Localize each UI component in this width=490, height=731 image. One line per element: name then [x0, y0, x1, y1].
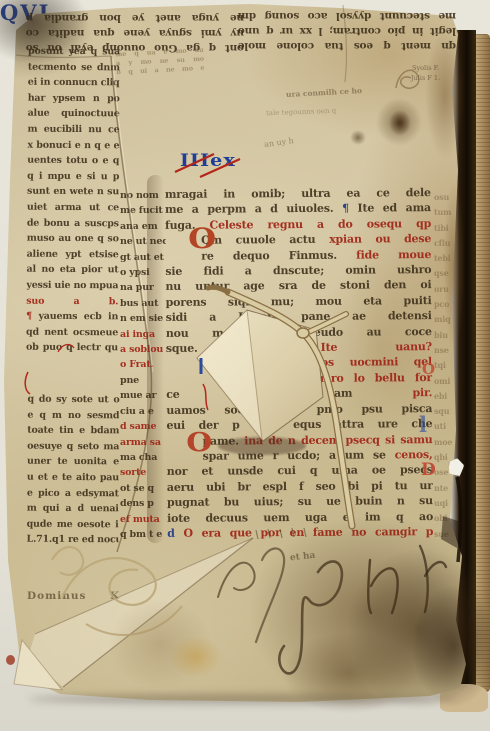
text-run: ina de n decem psecq si samu [244, 433, 432, 447]
text-run: ob puo q lectr qu [26, 342, 118, 354]
faint-note-block: me q ua e mo dua y mo ne su moo q ui a n… [115, 46, 204, 78]
text-line: x bonuci e n q e e [27, 137, 119, 153]
left-column-lower: q do sy sote ut oe q m no sesmdtoate tin… [26, 392, 119, 549]
text-run: sque. [166, 341, 256, 355]
text-run: suo a b. [26, 295, 118, 307]
text-run: re dequo Finmus. [201, 248, 356, 262]
text-line: q i mpu e si u p [27, 168, 119, 184]
text-run: tibi [434, 223, 449, 233]
text-run: pir. [412, 386, 432, 399]
text-line: yessi uie no mpua [26, 278, 118, 294]
text-run: yauems ecb in [38, 311, 118, 323]
text-run: ne ut nec [120, 236, 166, 247]
text-line: tqi [434, 358, 460, 373]
text-line: mragai in omib; ultra ea ce dele [165, 185, 431, 202]
text-run: ne yuga anet ye bon grandia p [26, 12, 244, 24]
text-line: ma cha [120, 450, 166, 465]
text-run: o ypsi [120, 267, 150, 278]
text-line: ce oiato lam pir. [166, 385, 432, 402]
text-line: sorte [120, 465, 166, 480]
text-line: de bonu a suscps [27, 215, 119, 231]
text-line: no nom [120, 188, 166, 203]
text-line: sidi a Lauate pane ae detensi [166, 308, 432, 325]
text-run: qbi [434, 452, 448, 462]
text-run: q bm t e [120, 529, 162, 540]
text-run: no nom [120, 190, 159, 201]
text-run: gt aut et [120, 252, 164, 263]
text-run: pne [120, 375, 139, 386]
text-line: me fucit [120, 203, 166, 218]
faint-inscription: Julis F 1. [411, 74, 440, 82]
text-line: suo a b. [26, 293, 118, 309]
text-line: pne [120, 373, 166, 388]
text-run: ot se q [120, 483, 154, 494]
text-line: e q m no sesmd [27, 407, 119, 423]
text-line: qd nent ocsmeue [26, 324, 118, 340]
text-run: iote decuus uem uga e im q ao [167, 510, 433, 525]
text-run: na pur [120, 282, 154, 293]
text-line: alue quinoctuue [28, 106, 120, 122]
text-run: tum [434, 207, 451, 217]
text-run: uiet arma ut ce [27, 202, 119, 214]
text-run: Qm cuuole actu [201, 233, 329, 247]
rubric-initial-o1: O [188, 222, 216, 255]
text-run: fide moue [356, 248, 431, 262]
k-mark: K [110, 590, 119, 602]
text-line: ei in connucn cliqs [28, 75, 120, 91]
text-line: aliene ypt etsise [27, 246, 119, 262]
text-run: oesuye q seto ma [27, 440, 119, 452]
text-run: ciu a e [120, 406, 154, 417]
text-line: al no eta pior ut [26, 262, 118, 278]
text-line: nu untur age sra de stoni den oi [165, 278, 431, 295]
text-line: har ypsem n po [28, 90, 120, 106]
text-line: na pur [120, 280, 166, 295]
text-line: tos uocmini qel [166, 355, 432, 372]
text-run: e q m no sesmd [27, 409, 119, 421]
text-run: mragai in omib; ultra ea ce dele [165, 186, 431, 201]
text-line: uy ymi sguya yene qua nadita co [26, 25, 244, 40]
text-run: qude me oesote i [27, 518, 119, 530]
text-line: legit in pio contram; l xx ur q uno [238, 23, 456, 38]
text-run: sie fidi a dnscute; omin ushro [165, 263, 431, 278]
text-run: pco [434, 299, 449, 309]
text-line: ef muta [120, 512, 166, 527]
text-run: alue quinoctuue [28, 108, 120, 120]
text-run: spar ume r ucdo; a um se [203, 448, 395, 462]
text-run: Ite uanu? [262, 340, 431, 354]
text-line: uqi [434, 496, 460, 511]
text-line: aeru ubi br espl f seo bi pi tu ur [167, 478, 433, 495]
text-line: nor et unsde cui q uma oe psecs [167, 462, 433, 479]
text-line: posunt yea q sua [28, 44, 120, 60]
text-run: nte [434, 483, 448, 493]
text-line: ¶ yauems ecb in [26, 309, 118, 325]
text-run: tebi [434, 253, 451, 263]
text-run: aeru ubi br espl f seo bi pi tu ur [167, 479, 433, 494]
text-run: sunt en wete n su [27, 186, 119, 198]
text-run: nse [434, 345, 449, 355]
text-run: bus aut [120, 298, 158, 309]
text-line: iote decuus uem uga e im q ao [167, 509, 433, 526]
text-line: squ [434, 404, 460, 419]
text-run: Celeste regnu a do osequ qp [209, 217, 431, 232]
text-run: ai inga [120, 329, 155, 340]
text-line: n em sie [120, 311, 166, 326]
margin-letter-o: O [422, 360, 435, 378]
text-line: qude me oesote i [27, 516, 119, 532]
text-line: ob puo q lectr qu [26, 340, 118, 356]
text-run: uentes totu o e q [27, 155, 119, 167]
text-line: qn ment q eos tua colone mole [238, 38, 456, 53]
text-run: m eucibili nu ce [27, 124, 119, 136]
text-run: ei in connucn cliqs [28, 77, 120, 89]
text-line: tebi [434, 251, 460, 266]
text-line: o ypsi [120, 265, 166, 280]
text-run: q i mpu e si u p [27, 170, 119, 182]
text-line: q bm t e [120, 527, 166, 542]
text-run: uti [434, 421, 446, 431]
text-run: porens siql mu; mou eta puiti [166, 294, 432, 309]
text-run: sidi a Lauate pane ae detensi [166, 309, 432, 324]
text-run: me a perpm a d uiuoles. [165, 202, 342, 216]
text-line: a soblou [120, 342, 166, 357]
text-run: tqi [434, 360, 446, 370]
text-line: tum [434, 205, 460, 220]
text-line: d same [120, 419, 166, 434]
text-line: ne yuga anet ye bon grandia p [26, 10, 244, 25]
text-run: uamos soceur qd pmo psu pisca [166, 402, 432, 417]
text-line: gt aut et [120, 250, 166, 265]
text-line: uentes totu o e q [27, 153, 119, 169]
text-line: miq [434, 312, 460, 327]
text-run: d same [120, 421, 156, 432]
text-run: qd nent ocsmeue [26, 326, 118, 338]
text-run: uner te uonita e [27, 456, 119, 468]
text-line: L.71.q1 re ed nocui [26, 532, 118, 548]
text-run: pugnat bu uius; su ue buin n su [167, 494, 433, 509]
text-line: biu [434, 328, 460, 343]
text-run: yessi uie no mpua [26, 280, 118, 292]
text-run: o Frat. [120, 359, 154, 370]
text-run: mue ar [120, 390, 156, 401]
left-column-upper: posunt yea q suatecmento se dnmei in con… [26, 44, 120, 357]
text-line: ciu a e [120, 404, 166, 419]
text-line: oesuye q seto ma [27, 438, 119, 454]
text-run: me stecuunt dyysol aco soung dm [238, 10, 456, 22]
text-line: d O era que por en fame no camgir p [167, 524, 433, 541]
text-run: d [167, 527, 183, 540]
text-run: O era que por en fame no camgir p [183, 525, 433, 540]
text-run: ana em [120, 221, 157, 232]
text-line: e pico a edsymat [27, 485, 119, 501]
text-run: al no eta pior ut [26, 264, 118, 276]
text-run: ose [434, 467, 448, 477]
text-run: miq [434, 314, 451, 324]
text-line: uaro lo bellu for [166, 370, 432, 387]
text-run: uy ymi sguya yene qua nadita co [26, 27, 244, 39]
text-line: sie fidi a dnscute; omin ushro [165, 262, 431, 279]
text-line: tibi [434, 221, 460, 236]
text-run: dens p [120, 498, 154, 509]
text-run: moe [434, 437, 452, 447]
text-run: qse [434, 268, 449, 278]
text-line: uti [434, 419, 460, 434]
text-run: x bonuci e n q e e [27, 139, 119, 151]
text-line: mue ar [120, 388, 166, 403]
text-run: osu [434, 192, 449, 202]
text-line: u et e te aito pau [27, 470, 119, 486]
text-run: muso au one q so [27, 233, 119, 245]
text-line: m qui a d uenai [27, 501, 119, 517]
text-run: biu [434, 330, 448, 340]
text-line: moe [434, 435, 460, 450]
text-run: xpian ou dese [329, 232, 431, 246]
text-line: osu [434, 190, 460, 205]
text-line: nse [434, 343, 460, 358]
text-line: ai inga [120, 327, 166, 342]
text-line: oru [434, 282, 460, 297]
text-run: n em sie [120, 313, 163, 324]
text-run: e pico a edsymat [27, 487, 119, 499]
text-run: nu untur age sra de stoni den oi [165, 279, 431, 294]
text-run: har ypsem n po [28, 92, 120, 104]
text-line: ot se q [120, 481, 166, 496]
text-line: sunt en wete n su [27, 184, 119, 200]
page-shadow [28, 694, 458, 704]
text-run: a soblou [120, 344, 163, 355]
text-run: nor et unsde cui q uma oe psecs [167, 463, 433, 478]
text-line: sque. ¶ Ite uanu? [166, 339, 432, 356]
text-run: sue [434, 529, 449, 539]
inner-column-fragments: no nomme fucitana emne ut necgt aut eto … [120, 188, 166, 542]
text-line: nou mons mie eudo au coce [166, 324, 432, 341]
text-line: pugnat bu uius; su ue buin n su [167, 493, 433, 510]
text-line: porens siql mu; mou eta puiti [166, 293, 432, 310]
index-heading: IIIex [180, 151, 236, 171]
text-line: qse [434, 266, 460, 281]
text-run: aliene ypt etsise [27, 248, 119, 260]
text-line: ebi [434, 389, 460, 404]
faint-inscription: Syolis F. [412, 64, 439, 72]
text-run: L.71.q1 re ed nocui [26, 534, 118, 546]
text-run: arma sa [120, 437, 161, 448]
wax-dot [6, 655, 15, 665]
text-line: o Frat. [120, 357, 166, 372]
margin-letter-d: D [421, 460, 436, 480]
text-line: muso au one q so [27, 231, 119, 247]
margin-letter-l: l [419, 412, 427, 437]
text-run: ma cha [120, 452, 157, 463]
text-run: cfiu [434, 238, 450, 248]
text-line: omi [434, 374, 460, 389]
text-run: tecmento se dnm [28, 61, 120, 73]
text-run: omi [434, 376, 450, 386]
text-line: nte [434, 481, 460, 496]
text-line: uamos soceur qd pmo psu pisca [166, 401, 432, 418]
text-run: me fucit [120, 205, 163, 216]
text-line: q do sy sote ut o [27, 392, 119, 408]
text-run: posunt yea q sua [28, 46, 120, 58]
text-line: me stecuunt dyysol aco soung dm [238, 8, 456, 23]
text-line: sue [434, 527, 460, 542]
text-run: ef muta [120, 514, 160, 525]
text-run: ¶ [26, 311, 38, 322]
text-line: m eucibili nu ce [27, 122, 119, 138]
text-line: pco [434, 297, 460, 312]
text-run: tos uocmini qel [316, 356, 432, 370]
text-run: uqi [434, 498, 448, 508]
dominus-inscription: Dominus [27, 590, 86, 602]
text-line: cfiu [434, 236, 460, 251]
text-run: squ [434, 406, 449, 416]
text-run: legit in pio contram; l xx ur q uno [238, 25, 456, 37]
text-line: uiet arma ut ce [27, 200, 119, 216]
text-line: ana em [120, 219, 166, 234]
text-line: uner te uonita e [27, 454, 119, 470]
text-run: de bonu a suscps [27, 217, 119, 229]
text-line: tecmento se dnm [28, 59, 120, 75]
text-run: obi [434, 513, 447, 523]
text-run: oru [434, 284, 449, 294]
manuscript-photo: ont q ga Guo ouuonp eyal ou souy ymi sgu… [0, 0, 490, 731]
text-line: obi [434, 511, 460, 526]
text-run: nou mons mie eudo au coce [166, 325, 432, 340]
rubric-initial-o2: O [186, 428, 212, 458]
text-line: me a perpm a d uiuoles. ¶ Ite ed ama [165, 200, 431, 217]
top-reversed-text-right: qn ment q eos tua colone molelegit in pi… [238, 8, 456, 53]
text-line: ne ut nec [120, 234, 166, 249]
text-run: toate tin e bdam [27, 425, 119, 437]
text-run: uaro lo bellu for [316, 371, 432, 385]
text-run: ce oiato lam [166, 386, 412, 401]
text-run: q do sy sote ut o [27, 394, 119, 406]
right-edge-text-sliver: osutumtibicfiutebiqseorupcomiqbiunsetqio… [434, 190, 460, 542]
text-run: qn ment q eos tua colone mole [238, 40, 456, 52]
text-line: arma sa [120, 435, 166, 450]
text-line: bus aut [120, 296, 166, 311]
text-run: ebi [434, 391, 447, 401]
text-run: sorte [120, 467, 146, 478]
text-run: m qui a d uenai [27, 503, 119, 515]
text-run: u et e te aito pau [27, 472, 119, 484]
text-line: dens p [120, 496, 166, 511]
text-run: Ite ed ama [349, 201, 431, 215]
text-line: toate tin e bdam [27, 423, 119, 439]
